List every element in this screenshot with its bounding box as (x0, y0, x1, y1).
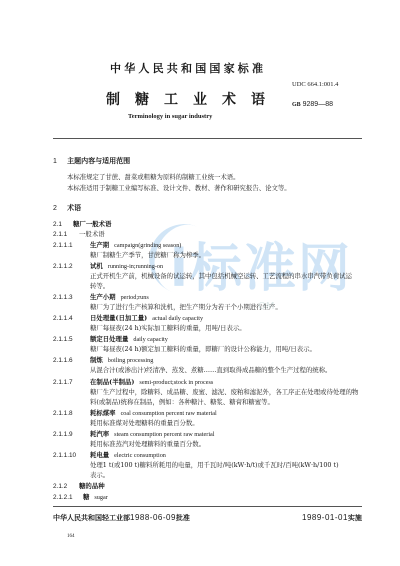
term-en: semi-product;stock in process (139, 379, 213, 386)
term-2-1-1-2: 2.1.1.2试机running-in;running-on (53, 262, 163, 271)
term-cn: 耗电量 (90, 451, 109, 459)
term-cn: 额定日处理量 (90, 335, 128, 343)
bottom-rule (53, 506, 362, 507)
standard-body-heading: 中华人民共和国国家标准 (110, 60, 266, 76)
udc-code: UDC 664.1:001.4 (292, 81, 338, 88)
gb-prefix: GB (292, 102, 301, 108)
term-2-1-1-5: 2.1.1.5额定日处理量daily capacity (53, 335, 168, 344)
term-definition: 从混合汁(或渗出汁)经清净、蒸发、煮糖……直到取得成品糖的整个生产过程的统称。 (90, 366, 331, 375)
top-rule (53, 138, 362, 139)
term-2-1-1-10: 2.1.1.10耗电量electric consumption (53, 451, 166, 460)
term-en: sugar (94, 494, 107, 501)
term-2-1-1-9: 2.1.1.9耗汽率steam consumption percent raw … (53, 430, 215, 439)
term-definition: 转等。 (90, 282, 109, 291)
term-definition: 糖厂每昼夜(24 h)额定加工糖料的重量，即糖厂的设计公称能力，用吨/日表示。 (90, 345, 316, 354)
section-2-heading: 2 术语 (53, 203, 81, 213)
effective-label: 实施 (348, 514, 362, 522)
term-cn: 试机 (90, 262, 103, 270)
section-title: 一般术语 (79, 230, 105, 238)
section-title: 主题内容与适用范围 (67, 156, 130, 165)
term-en: actual daily capacity (152, 315, 203, 322)
section-title: 术语 (67, 203, 81, 212)
section-number: 2.1.2 (53, 482, 77, 491)
section-1-heading: 1 主题内容与适用范围 (53, 156, 130, 166)
section-1-para-1: 本标准规定了甘蔗、甜菜或粗糖为原料的制糖工业统一术语。 (67, 173, 240, 182)
term-definition: 正式开机生产前，机械设备的试运转，其中包括机械空运转、工艺流程的串水串汽带负荷试… (90, 272, 352, 281)
section-1-para-2: 本标准适用于制糖工业编写标准、设计文件、教材、著作和研究报告、论文等。 (67, 184, 291, 193)
term-en: coal consumption percent raw material (121, 410, 217, 417)
term-definition: 耗用标准蒸汽对处理糖料的重量百分数。 (90, 440, 205, 449)
term-number: 2.1.1.5 (53, 335, 90, 344)
term-definition: 料(或制品)统称在制品，例如：各种糖汁、糖浆、糖膏和糖蜜等。 (90, 398, 274, 407)
term-number: 2.1.2.1 (53, 493, 83, 502)
watermark: i标准网 (170, 226, 352, 301)
issuer: 中华人民共和国轻工业部 (53, 514, 130, 522)
term-number: 2.1.1.10 (53, 451, 90, 460)
term-2-1-1-7: 2.1.1.7在制品(半制品)semi-product;stock in pro… (53, 378, 213, 387)
term-en: electric consumption (114, 452, 166, 459)
approved-date: 1988-06-09 (130, 513, 176, 522)
term-definition: 耗用标准煤对处理糖料的重量百分数。 (90, 419, 199, 428)
section-2-1-heading: 2.1 糖厂一般术语 (53, 220, 111, 229)
term-definition: 糖厂生产过程中，除糖料、成品糖、废蜜、滤泥、废粕和滤泥外，各工序正在处理或待处理… (90, 388, 358, 397)
term-number: 2.1.1.1 (53, 241, 90, 250)
term-cn: 糖 (83, 493, 89, 501)
term-en: daily capacity (133, 336, 168, 343)
section-number: 1 (53, 157, 57, 166)
term-cn: 生产期 (90, 241, 109, 249)
term-number: 2.1.1.7 (53, 378, 90, 387)
term-number: 2.1.1.3 (53, 293, 90, 302)
section-number: 2.1.1 (53, 230, 77, 239)
section-2-1-1-heading: 2.1.1 一般术语 (53, 230, 105, 239)
term-en: campaign(grinding season) (114, 242, 181, 249)
term-2-1-1-4: 2.1.1.4日处理量(日加工量)actual daily capacity (53, 314, 203, 323)
term-definition: 处理1 t(或100 t)糖料所耗用的电量，用千瓦时/吨(kW·h/t)或千瓦时… (90, 461, 339, 470)
term-en: period;runs (121, 294, 149, 301)
term-2-1-2-1: 2.1.2.1糖sugar (53, 493, 108, 502)
term-number: 2.1.1.6 (53, 356, 90, 365)
term-en: running-in;running-on (108, 263, 163, 270)
section-number: 2 (53, 204, 57, 213)
page-number: 164 (67, 534, 75, 539)
approved-label: 批准 (176, 514, 190, 522)
document-title-cn: 制糖工业术语 (106, 89, 280, 109)
term-number: 2.1.1.8 (53, 409, 90, 418)
term-en: steam consumption percent raw material (114, 431, 214, 438)
term-definition: 糖厂制糖生产季节，甘蔗糖厂称为榨季。 (90, 251, 205, 260)
effective-line: 1989-01-01实施 (302, 513, 362, 523)
section-2-1-2-heading: 2.1.2 糖的品种 (53, 482, 105, 491)
term-2-1-1-1: 2.1.1.1生产期campaign(grinding season) (53, 241, 181, 250)
gb-number: 9289—88 (303, 101, 333, 108)
term-number: 2.1.1.9 (53, 430, 90, 439)
term-cn: 在制品(半制品) (90, 378, 134, 386)
term-number: 2.1.1.2 (53, 262, 90, 271)
term-number: 2.1.1.4 (53, 314, 90, 323)
term-definition: 糖厂每昼夜(24 h)实际加工糖料的重量，用吨/日表示。 (90, 324, 246, 333)
section-number: 2.1 (53, 220, 71, 229)
section-title: 糖的品种 (79, 482, 105, 490)
approval-line: 中华人民共和国轻工业部1988-06-09批准 (53, 513, 190, 523)
term-cn: 生产小期 (90, 293, 116, 301)
section-title: 糖厂一般术语 (73, 220, 111, 228)
term-cn: 日处理量(日加工量) (90, 314, 147, 322)
term-cn: 耗汽率 (90, 430, 109, 438)
term-cn: 制炼 (90, 356, 103, 364)
gb-code: GB 9289—88 (292, 101, 333, 108)
term-cn: 耗标煤率 (90, 409, 116, 417)
term-2-1-1-8: 2.1.1.8耗标煤率coal consumption percent raw … (53, 409, 217, 418)
document-title-en: Terminology in sugar industry (128, 113, 212, 120)
term-en: boiling processing (108, 357, 154, 364)
effective-date: 1989-01-01 (302, 513, 348, 522)
term-2-1-1-3: 2.1.1.3生产小期period;runs (53, 293, 149, 302)
term-2-1-1-6: 2.1.1.6制炼boiling processing (53, 356, 153, 365)
term-definition: 糖厂为了进行生产核算和洗机，把生产期分为若干个小期进行生产。 (90, 303, 282, 312)
term-definition: 表示。 (90, 471, 109, 480)
